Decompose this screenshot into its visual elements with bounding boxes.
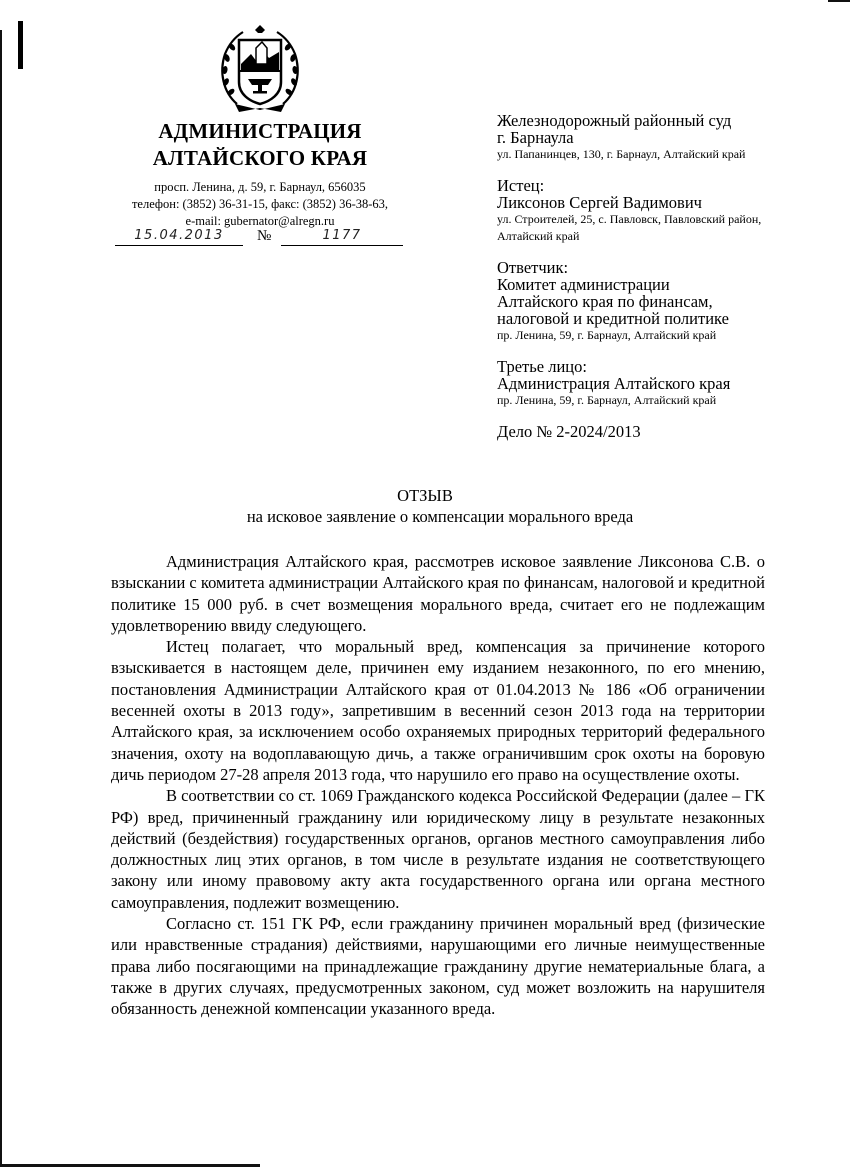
org-phones: телефон: (3852) 36-31-15, факс: (3852) 3… [110,196,410,213]
court-address: ул. Папанинцев, 130, г. Барнаул, Алтайск… [497,146,797,163]
defendant-name-line2: Алтайского края по финансам, [497,293,797,310]
defendant-address: пр. Ленина, 59, г. Барнаул, Алтайский кр… [497,327,797,344]
org-name-line1: АДМИНИСТРАЦИЯ [110,119,410,143]
court-name-line2: г. Барнаула [497,129,797,146]
third-party-address: пр. Ленина, 59, г. Барнаул, Алтайский кр… [497,392,797,409]
plaintiff-name: Ликсонов Сергей Вадимович [497,194,797,211]
defendant-block: Ответчик: Комитет администрации Алтайско… [497,259,797,344]
court-name-line1: Железнодорожный районный суд [497,112,797,129]
document-subtitle: на исковое заявление о компенсации морал… [0,507,850,527]
addressee-block: Железнодорожный районный суд г. Барнаула… [497,112,797,440]
court-block: Железнодорожный районный суд г. Барнаула… [497,112,797,163]
plaintiff-address: ул. Строителей, 25, с. Павловск, Павловс… [497,211,797,245]
document-body: Администрация Алтайского края, рассмотре… [111,551,765,1020]
document-title: ОТЗЫВ [0,486,850,506]
registration-number-label: № [257,228,271,245]
third-party-name: Администрация Алтайского края [497,375,797,392]
defendant-name-line3: налоговой и кредитной политике [497,310,797,327]
binder-mark [18,21,23,69]
body-paragraph: Администрация Алтайского края, рассмотре… [111,551,765,636]
scan-edge-left [0,30,2,1165]
body-paragraph: Истец полагает, что моральный вред, комп… [111,636,765,785]
body-paragraph: Согласно ст. 151 ГК РФ, если гражданину … [111,913,765,1019]
org-name-line2: АЛТАЙСКОГО КРАЯ [110,146,410,170]
coat-of-arms-icon [217,24,303,116]
plaintiff-block: Истец: Ликсонов Сергей Вадимович ул. Стр… [497,177,797,245]
third-party-block: Третье лицо: Администрация Алтайского кр… [497,358,797,409]
defendant-name-line1: Комитет администрации [497,276,797,293]
case-number: Дело № 2-2024/2013 [497,423,797,440]
scan-edge-top [828,0,850,2]
letterhead: АДМИНИСТРАЦИЯ АЛТАЙСКОГО КРАЯ просп. Лен… [110,24,410,230]
third-party-label: Третье лицо: [497,358,797,375]
defendant-label: Ответчик: [497,259,797,276]
registration-line: 15.04.2013 № 1177 [115,228,405,248]
scan-edge-bottom [0,1164,260,1167]
body-paragraph: В соответствии со ст. 1069 Гражданского … [111,785,765,913]
registration-number: 1177 [281,228,403,246]
registration-date: 15.04.2013 [115,228,243,246]
org-address: просп. Ленина, д. 59, г. Барнаул, 656035 [110,179,410,196]
plaintiff-label: Истец: [497,177,797,194]
